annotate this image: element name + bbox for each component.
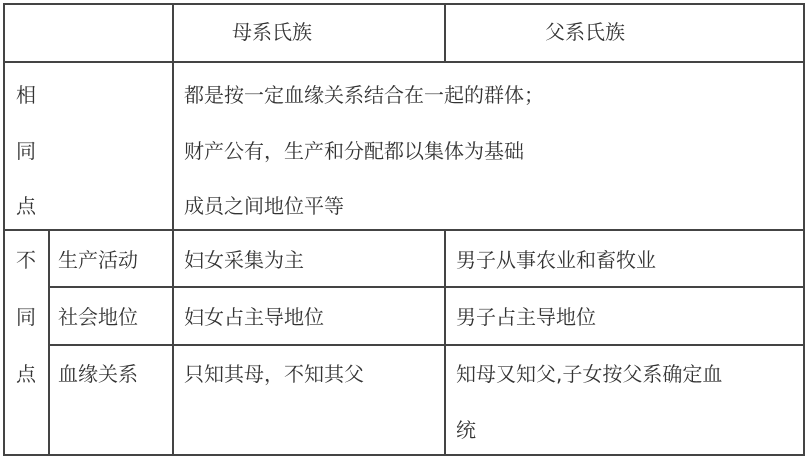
aspect-cell: 生产活动	[58, 248, 138, 272]
col-divider-2b	[444, 229, 446, 456]
row-divider-1	[48, 286, 805, 288]
differences-label-1: 不	[16, 248, 36, 272]
similarity-item: 都是按一定血缘关系结合在一起的群体；	[184, 83, 544, 107]
col-divider-label	[48, 229, 50, 456]
header-divider	[3, 61, 805, 63]
row-divider-2	[48, 344, 805, 346]
patrilineal-cell: 男子占主导地位	[456, 305, 596, 329]
border-bottom	[3, 454, 805, 456]
section-divider	[3, 229, 805, 231]
patrilineal-cell-cont: 统	[456, 418, 476, 442]
header-patrilineal: 父系氏族	[545, 20, 625, 44]
similarities-label-3: 点	[16, 194, 36, 218]
differences-label-2: 同	[16, 305, 36, 329]
patrilineal-cell: 男子从事农业和畜牧业	[456, 248, 656, 272]
header-matrilineal: 母系氏族	[232, 20, 312, 44]
similarity-item: 成员之间地位平等	[184, 194, 344, 218]
matrilineal-cell: 妇女占主导地位	[184, 305, 324, 329]
similarities-label-2: 同	[16, 139, 36, 163]
matrilineal-cell: 妇女采集为主	[184, 248, 304, 272]
similarity-item: 财产公有，生产和分配都以集体为基础	[184, 139, 524, 163]
patrilineal-cell: 知母又知父,子女按父系确定血	[456, 362, 722, 386]
aspect-cell: 社会地位	[58, 305, 138, 329]
differences-label-3: 点	[16, 362, 36, 386]
col-divider-1	[172, 3, 174, 456]
border-top	[3, 3, 805, 5]
matrilineal-cell: 只知其母，不知其父	[184, 362, 364, 386]
similarities-label-1: 相	[16, 83, 36, 107]
aspect-cell: 血缘关系	[58, 362, 138, 386]
col-divider-2	[444, 3, 446, 62]
